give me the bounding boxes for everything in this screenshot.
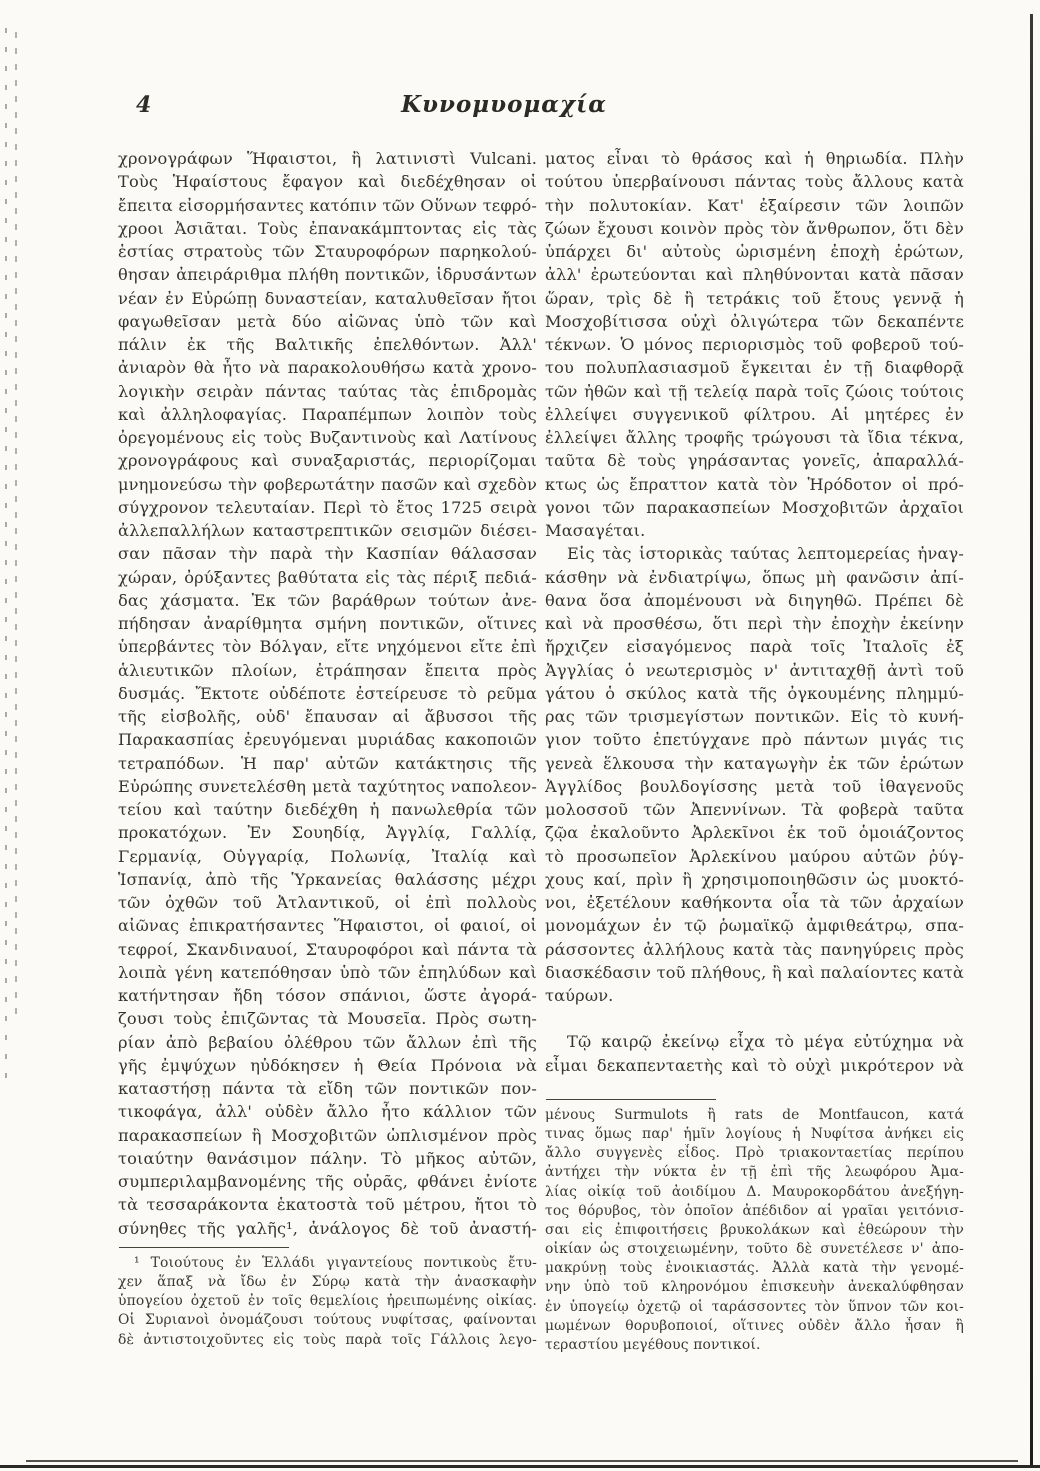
text-line: τεραστίου μεγέθους ποντικοί. bbox=[545, 1336, 964, 1355]
text-line: τῆς εἰσβολῆς, οὐδ' ἔπαυσαν αἱ ἄβυσσοι τῆ… bbox=[118, 705, 537, 728]
text-line: ζῷα ἐκαλοῦντο Ἀρλεκῖνοι ἐκ τοῦ ὁμοιάζοντ… bbox=[545, 821, 964, 844]
text-line: ταῦτα δὲ τοὺς γηράσαντας γονεῖς, ἀπαραλλ… bbox=[545, 449, 964, 472]
right-column: ματος εἶναι τὸ θράσος καὶ ἡ θηριωδία. Πλ… bbox=[545, 147, 964, 1355]
text-line: γιον τοῦτο ἐπετύγχανε πρὸ πάντων μιγάς τ… bbox=[545, 728, 964, 751]
text-line: Οἱ Συριανοὶ ὀνομάζουσι τούτους νυφίτσας,… bbox=[118, 1311, 537, 1330]
text-line: ἀλλ' ἐρωτεύονται καὶ πληθύνονται κατὰ πᾶ… bbox=[545, 263, 964, 286]
text-line: τὴν πολυτοκίαν. Κατ' ἐξαίρεσιν τῶν λοιπῶ… bbox=[545, 194, 964, 217]
text-line: Εἰς τὰς ἱστορικὰς ταύτας λεπτομερείας ἠν… bbox=[545, 542, 964, 565]
text-line: λίας οἰκίᾳ τοῦ ἀοιδίμου Δ. Μαυροκορδάτου… bbox=[545, 1183, 964, 1202]
text-line: σύνηθες τῆς γαλῆς¹, ἀνάλογος δὲ τοῦ ἀνασ… bbox=[118, 1217, 537, 1240]
text-line: γῆς ἐμψύχων ηὐδόκησεν ἡ Θεία Πρόνοια νὰ bbox=[118, 1054, 537, 1077]
scan-artifact-right-edge-line bbox=[1030, 14, 1033, 1466]
right-footnote-separator bbox=[546, 1099, 716, 1100]
text-line: λογικὴν σειρὰν πάντας ταύτας τὰς ἐπιδρομ… bbox=[118, 380, 537, 403]
text-line: ρας τῶν τρισμεγίστων ποντικῶν. Εἰς τὸ κυ… bbox=[545, 705, 964, 728]
text-line: τέκνων. Ὁ μόνος περιορισμὸς τοῦ φοβεροῦ … bbox=[545, 333, 964, 356]
text-line: γενεὰ ἕλκουσα τὴν καταγωγὴν ἐκ τῶν ἐρώτω… bbox=[545, 752, 964, 775]
text-line: μένους Surmulots ἢ rats de Montfaucon, κ… bbox=[545, 1106, 964, 1125]
text-line: τεφροί, Σκανδιναυοί, Σταυροφόροι καὶ πάν… bbox=[118, 938, 537, 961]
scan-artifact-bottom-line bbox=[0, 1465, 1040, 1468]
text-line: ἀντήχει τὴν νύκτα ἐν τῇ ἐπὶ τῆς λεωφόρου… bbox=[545, 1163, 964, 1182]
text-line: νοι, ἐξετέλουν καθήκοντα οἷα τὰ τῶν ἀρχα… bbox=[545, 891, 964, 914]
scan-artifact-left-dashed-line bbox=[15, 32, 17, 1022]
scan-artifact-left-dashed-line bbox=[5, 28, 7, 1088]
text-line: εἶμαι δεκαπενταετὴς καὶ τὸ οὐχὶ μικρότερ… bbox=[545, 1054, 964, 1077]
text-line: ταύρων. bbox=[545, 984, 964, 1007]
text-line: τος θόρυβος, τὸν ὁποῖον ἀπέδιδον αἱ γραῖ… bbox=[545, 1202, 964, 1221]
text-line: τούτου ὑπερβαίνουσι πάντας τοὺς ἄλλους κ… bbox=[545, 170, 964, 193]
right-footnote: μένους Surmulots ἢ rats de Montfaucon, κ… bbox=[545, 1106, 964, 1355]
text-line: ἀλλεπαλλήλων καταστρεπτικῶν σεισμῶν διέσ… bbox=[118, 519, 537, 542]
text-line: λοιπὰ γένη κατεπόθησαν ὑπὸ τῶν ἐπηλύδων … bbox=[118, 961, 537, 984]
left-column: χρονογράφων Ἥφαιστοι, ἢ λατινιστὶ Vulcan… bbox=[118, 147, 537, 1350]
page-title: Κυνομυομαχία bbox=[0, 91, 1008, 118]
text-line: μνημονεύσω τὴν φοβερωτάτην πασῶν καὶ σχε… bbox=[118, 473, 537, 496]
text-line: καὶ νὰ προσθέσω, ὅτι περὶ τὴν ἐποχὴν ἐκε… bbox=[545, 612, 964, 635]
text-line: γάτου ὁ σκύλος κατὰ τῆς ὀγκουμένης πλημμ… bbox=[545, 682, 964, 705]
right-column-text: ματος εἶναι τὸ θράσος καὶ ἡ θηριωδία. Πλ… bbox=[545, 147, 964, 1077]
text-line: θανα ὅσα ἀπομένουσι νὰ διηγηθῶ. Πρέπει δ… bbox=[545, 589, 964, 612]
text-line: γονοι τῶν παρακασπείων Μοσχοβιτῶν ἀρχαῖο… bbox=[545, 496, 964, 519]
text-line: ἁλιευτικῶν πλοίων, ἐτράπησαν ἔπειτα πρὸς bbox=[118, 659, 537, 682]
text-line: τοιαύτην θανάσιμον πάλην. Τὸ μῆκος αὐτῶν… bbox=[118, 1147, 537, 1170]
text-line: Παρακασπίας ἐρευγόμεναι μυριάδας κακοποι… bbox=[118, 728, 537, 751]
text-line: σύγχρονον τελευταίαν. Περὶ τὸ ἔτος 1725 … bbox=[118, 496, 537, 519]
text-line: μολοσσοῦ τῶν Ἀπεννίνων. Τὰ φοβερὰ ταῦτα bbox=[545, 798, 964, 821]
text-line: αἰῶνας ἐπικρατήσαντες Ἥφαιστοι, οἱ φαιοί… bbox=[118, 914, 537, 937]
text-line: συμπεριλαμβανομένης τῆς οὐρᾶς, φθάνει ἐν… bbox=[118, 1170, 537, 1193]
text-line: ἐν ὑπογείῳ ὀχετῷ οἱ ταράσσοντες τὸν ὕπνο… bbox=[545, 1298, 964, 1317]
text-line: θησαν ἀπειράριθμα πλήθη ποντικῶν, ἱδρυσά… bbox=[118, 263, 537, 286]
text-line: πάλιν ἐκ τῆς Βαλτικῆς ἐπελθόντων. Ἀλλ' bbox=[118, 333, 537, 356]
text-line: χρονογράφους καὶ συναξαριστάς, περιορίζο… bbox=[118, 449, 537, 472]
text-line: ¹ Τοιούτους ἐν Ἑλλάδι γιγαντείους ποντικ… bbox=[118, 1254, 537, 1273]
text-line: δας χάσματα. Ἐκ τῶν βαράθρων τούτων ἀνε- bbox=[118, 589, 537, 612]
text-line: χροοι Ἀσιᾶται. Τοὺς ἐπανακάμπτοντας εἰς … bbox=[118, 217, 537, 240]
text-line: σαν πᾶσαν τὴν παρὰ τὴν Κασπίαν θάλασσαν bbox=[118, 542, 537, 565]
text-line: ρίαν ἀπὸ βεβαίου ὀλέθρου τῶν ἄλλων ἐπὶ τ… bbox=[118, 1031, 537, 1054]
book-page: 4 Κυνομυομαχία χρονογράφων Ἥφαιστοι, ἢ λ… bbox=[0, 0, 1040, 1471]
text-line: Εὐρώπης συνετελέσθη μετὰ ταχύτητος ναπολ… bbox=[118, 775, 537, 798]
text-line: τινας ὅμως παρ' ἡμῖν λογίους ἡ Νυφίτσα ἀ… bbox=[545, 1125, 964, 1144]
text-line: χους καί, πρὶν ἢ χρησιμοποιηθῶσιν ὡς μυο… bbox=[545, 868, 964, 891]
text-line: φαγωθεῖσαν μετὰ δύο αἰῶνας ὑπὸ τῶν καὶ bbox=[118, 310, 537, 333]
text-line: παρακασπείων ἢ Μοσχοβιτῶν ὡπλισμένον πρὸ… bbox=[118, 1124, 537, 1147]
text-line: ὥραν, τρὶς δὲ ἢ τετράκις τοῦ ἔτους γεννᾷ… bbox=[545, 287, 964, 310]
scan-artifact-bottom-line bbox=[26, 1460, 1018, 1462]
text-line: τὸ προσωπεῖον Ἀρλεκίνου μαύρου αὐτῶν ῥύγ… bbox=[545, 845, 964, 868]
text-line: καὶ ἀλληλοφαγίας. Παραπέμπων λοιπὸν τοὺς bbox=[118, 403, 537, 426]
text-line: ράσσοντες ἀλλήλους κατὰ τὰς πανηγύρεις π… bbox=[545, 938, 964, 961]
text-line: ἑστίας στρατοὺς τῶν Σταυροφόρων παρηκολο… bbox=[118, 240, 537, 263]
text-line: δυσμάς. Ἔκτοτε οὐδέποτε ἐστείρευσε τὸ ρε… bbox=[118, 682, 537, 705]
text-line: νέαν ἐν Εὐρώπῃ δυναστείαν, καταλυθεῖσαν … bbox=[118, 287, 537, 310]
text-line: τετραπόδων. Ἡ παρ' αὐτῶν κατάκτησις τῆς bbox=[118, 752, 537, 775]
text-line: κτως ὡς ἔπραττον κατὰ τὸν Ἡρόδοτον οἱ πρ… bbox=[545, 473, 964, 496]
text-line: Ἀγγλίδος βουλδογίσσης μετὰ τοῦ ἰθαγενοῦς bbox=[545, 775, 964, 798]
text-line: Τοὺς Ἡφαίστους ἔφαγον καὶ διεδέχθησαν οἱ bbox=[118, 170, 537, 193]
left-footnote: ¹ Τοιούτους ἐν Ἑλλάδι γιγαντείους ποντικ… bbox=[118, 1254, 537, 1350]
text-line: κάσθην νὰ ἐνδιατρίψω, ὅπως μὴ φανῶσιν ἀπ… bbox=[545, 566, 964, 589]
text-line: ἐλλείψει συγγενικοῦ φίλτρου. Αἱ μητέρες … bbox=[545, 403, 964, 426]
text-line: οἰκίαν ὡς στοιχειωμένην, τοῦτο δὲ συνετέ… bbox=[545, 1240, 964, 1259]
text-line: διασκέδασιν τοῦ πλήθους, ἢ καὶ παλαίοντε… bbox=[545, 961, 964, 984]
text-line: ἐλλείψει ἄλλης τροφῆς τρώγουσι τὰ ἴδια τ… bbox=[545, 426, 964, 449]
text-line: ὑπογείου ὀχετοῦ ἐν τοῖς θεμελίοις ἠρειπω… bbox=[118, 1292, 537, 1311]
text-line: Γερμανίᾳ, Οὑγγαρίᾳ, Πολωνίᾳ, Ἰταλίᾳ καὶ bbox=[118, 845, 537, 868]
text-line: Ἱσπανίᾳ, ἀπὸ τῆς Ὑρκανείας θαλάσσης μέχρ… bbox=[118, 868, 537, 891]
text-line: τῶν ἠθῶν καὶ τῇ τελείᾳ παρὰ τοῖς ζώοις τ… bbox=[545, 380, 964, 403]
left-column-text: χρονογράφων Ἥφαιστοι, ἢ λατινιστὶ Vulcan… bbox=[118, 147, 537, 1240]
text-line: τὰ τεσσαράκοντα ἑκατοστὰ τοῦ μέτρου, ἤτο… bbox=[118, 1193, 537, 1216]
text-line: Μασαγέται. bbox=[545, 519, 964, 542]
text-line: ἀνιαρὸν θὰ ἦτο νὰ παρακολουθήσω κατὰ χρο… bbox=[118, 356, 537, 379]
text-line: ὑπάρχει δι' αὐτοὺς ὡρισμένη ἐποχὴ ἐρώτων… bbox=[545, 240, 964, 263]
text-line: ματος εἶναι τὸ θράσος καὶ ἡ θηριωδία. Πλ… bbox=[545, 147, 964, 170]
text-line: ὀρεγομένους εἰς τοὺς Βυζαντινοὺς καὶ Λατ… bbox=[118, 426, 537, 449]
text-line: Μοσχοβίτισσα οὐχὶ ὀλιγώτερα τῶν δεκαπέντ… bbox=[545, 310, 964, 333]
text-line: προκατόχων. Ἐν Σουηδίᾳ, Ἀγγλίᾳ, Γαλλίᾳ, bbox=[118, 821, 537, 844]
text-line: δὲ ἀντιστοιχοῦντες εἰς τοὺς παρὰ τοῖς Γά… bbox=[118, 1331, 537, 1350]
text-line: χεν ἅπαξ νὰ ἴδω ἐν Σύρῳ κατὰ τὴν ἀνασκαφ… bbox=[118, 1273, 537, 1292]
text-line: ζώων ἔχουσι κοινὸν πρὸς τὸν ἄνθρωπον, ὅτ… bbox=[545, 217, 964, 240]
text-line: ὑπερβάντες τὸν Βόλγαν, εἴτε νηχόμενοι εἴ… bbox=[118, 635, 537, 658]
text-line: σαι εἰς ἐπιφοιτήσεις βρυκολάκων καὶ ἐθεώ… bbox=[545, 1221, 964, 1240]
text-line: χώραν, ὀρύξαντες βαθύτατα εἰς τὰς πέριξ … bbox=[118, 566, 537, 589]
text-line: μακρύνῃ τοὺς ἐνοικιαστάς. Ἀλλὰ κατὰ τὴν … bbox=[545, 1259, 964, 1278]
left-footnote-separator bbox=[119, 1247, 289, 1248]
text-line: χρονογράφων Ἥφαιστοι, ἢ λατινιστὶ Vulcan… bbox=[118, 147, 537, 170]
text-line: ζουσι τοὺς ἐπιζῶντας τὰ Μουσεῖα. Πρὸς σω… bbox=[118, 1007, 537, 1030]
text-line: πήδησαν ἀναρίθμητα σμήνη ποντικῶν, οἵτιν… bbox=[118, 612, 537, 635]
text-line: Τῷ καιρῷ ἐκείνῳ εἶχα τὸ μέγα εὐτύχημα νὰ bbox=[545, 1030, 964, 1053]
text-line: Ἀγγλίας ὁ νεωτερισμὸς ν' ἀντιταχθῇ ἀντὶ … bbox=[545, 659, 964, 682]
text-line: μωμένων θορυβοποιοί, οἵτινες οὐδὲν ἄλλο … bbox=[545, 1317, 964, 1336]
text-line: τικοφάγα, ἀλλ' οὐδὲν ἄλλο ἦτο κάλλιον τῶ… bbox=[118, 1100, 537, 1123]
text-line: κατήντησαν ἤδη τόσον σπάνιοι, ὥστε ἀγορά… bbox=[118, 984, 537, 1007]
text-line: ἤρχιζεν εἰσαγόμενος παρὰ τοῖς Ἰταλοῖς ἐξ bbox=[545, 635, 964, 658]
text-line: μονομάχων ἐν τῷ ῥωμαϊκῷ ἀμφιθεάτρῳ, σπα- bbox=[545, 914, 964, 937]
text-line: τείου καὶ ταύτην διεδέχθη ἡ πανωλεθρία τ… bbox=[118, 798, 537, 821]
text-line: του πολυπλασιασμοῦ ἔγκειται ἐν τῇ διαφθο… bbox=[545, 356, 964, 379]
text-line: ἔπειτα εἰσορμήσαντες κατόπιν τῶν Οὕνων τ… bbox=[118, 194, 537, 217]
text-line: τῶν ὀχθῶν τοῦ Ἀτλαντικοῦ, οἱ ἐπὶ πολλοὺς bbox=[118, 891, 537, 914]
text-line: νην ὑπὸ τοῦ κληρονόμου ἐπισκευὴν ἀνεκαλύ… bbox=[545, 1278, 964, 1297]
text-line: ἄλλο συγγενὲς εἶδος. Πρὸ τριακονταετίας … bbox=[545, 1144, 964, 1163]
text-line: καταστήσῃ πάντα τὰ εἴδη τῶν ποντικῶν πον… bbox=[118, 1077, 537, 1100]
